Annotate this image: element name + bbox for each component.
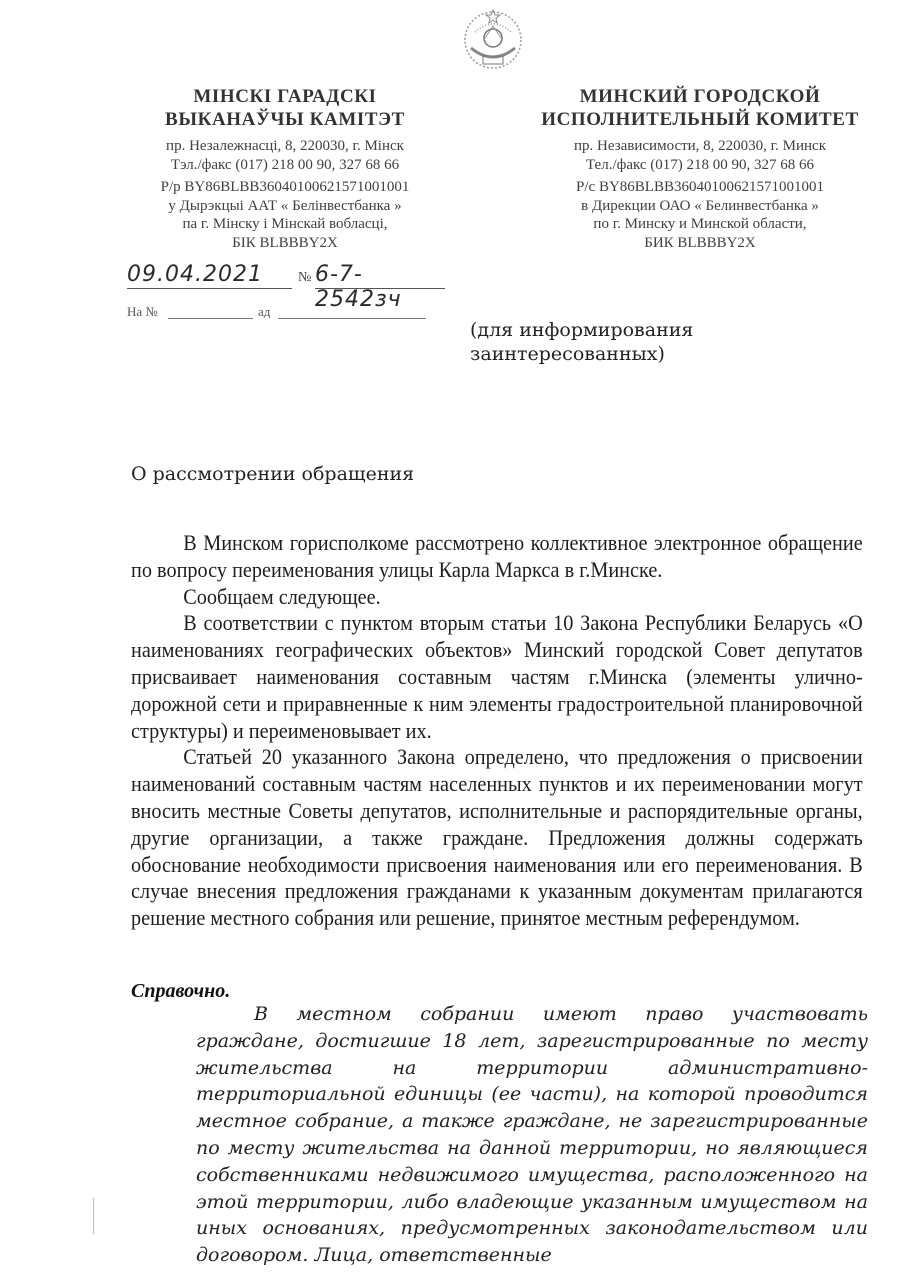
- bank-details: Р/р BY86BLBB36040100621571001001 у Дырэк…: [120, 178, 450, 252]
- paragraph: Сообщаем следующее.: [131, 584, 863, 611]
- reply-to-label: На №: [127, 304, 158, 320]
- handwritten-number: 6-7-2542зч: [315, 262, 402, 312]
- subject-line: О рассмотрении обращения: [131, 463, 414, 485]
- reference-paragraph: В местном собрании имеют право участвова…: [196, 1001, 868, 1269]
- addressee: (для информирования заинтересованных): [470, 318, 693, 366]
- reply-to-blank: [168, 318, 253, 319]
- date-field: 09.04.2021: [127, 262, 292, 289]
- paragraph: В соответствии с пунктом вторым статьи 1…: [131, 610, 863, 744]
- address-text: пр. Незалежнасці, 8, 220030, г. Мінск: [120, 137, 450, 156]
- phone-text: Тел./факс (017) 218 00 90, 327 68 66: [528, 156, 872, 175]
- number-field: 6-7-2542зч: [315, 262, 445, 289]
- state-emblem-icon: [457, 4, 529, 70]
- address: пр. Незалежнасці, 8, 220030, г. Мінск Тэ…: [120, 137, 450, 174]
- address: пр. Независимости, 8, 220030, г. Минск Т…: [528, 137, 872, 174]
- addressee-line2: заинтересованных): [470, 342, 693, 366]
- bank-line1: в Дирекции ОАО « Белинвестбанка »: [528, 197, 872, 216]
- addressee-line1: (для информирования: [470, 318, 693, 342]
- from-label: ад: [258, 304, 270, 320]
- reference-heading: Справочно.: [131, 980, 230, 1003]
- scan-margin-mark: [93, 1198, 97, 1234]
- bank-details: Р/с BY86BLBB36040100621571001001 в Дирек…: [528, 178, 872, 252]
- paragraph: В Минском горисполкоме рассмотрено колле…: [131, 530, 863, 584]
- header-russian: МИНСКИЙ ГОРОДСКОЙ ИСПОЛНИТЕЛЬНЫЙ КОМИТЕТ…: [528, 85, 872, 252]
- number-label: №: [298, 270, 311, 286]
- reference-text: В местном собрании имеют право участвова…: [196, 1001, 868, 1269]
- header-belarusian: МІНСКІ ГАРАДСКІ ВЫКАНАЎЧЫ КАМІТЭТ пр. Не…: [120, 85, 450, 252]
- org-name-line1: МІНСКІ ГАРАДСКІ: [120, 85, 450, 108]
- bic-text: БІК BLBBBY2X: [120, 234, 450, 253]
- from-blank: [278, 318, 426, 319]
- paragraph: Статьей 20 указанного Закона определено,…: [131, 744, 863, 932]
- org-name-line2: ВЫКАНАЎЧЫ КАМІТЭТ: [120, 108, 450, 131]
- bank-line1: у Дырэкцыі ААТ « Белінвестбанка »: [120, 197, 450, 216]
- handwritten-date: 09.04.2021: [127, 262, 263, 287]
- account-text: Р/р BY86BLBB36040100621571001001: [120, 178, 450, 197]
- letter-body: В Минском горисполкоме рассмотрено колле…: [131, 530, 863, 932]
- phone-text: Тэл./факс (017) 218 00 90, 327 68 66: [120, 156, 450, 175]
- address-text: пр. Независимости, 8, 220030, г. Минск: [528, 137, 872, 156]
- account-text: Р/с BY86BLBB36040100621571001001: [528, 178, 872, 197]
- org-name-line1: МИНСКИЙ ГОРОДСКОЙ: [528, 85, 872, 108]
- bank-line2: по г. Минску и Минской области,: [528, 215, 872, 234]
- bank-line2: па г. Мінску і Мінскай вобласці,: [120, 215, 450, 234]
- bic-text: БИК BLBBBY2X: [528, 234, 872, 253]
- org-name-line2: ИСПОЛНИТЕЛЬНЫЙ КОМИТЕТ: [528, 108, 872, 131]
